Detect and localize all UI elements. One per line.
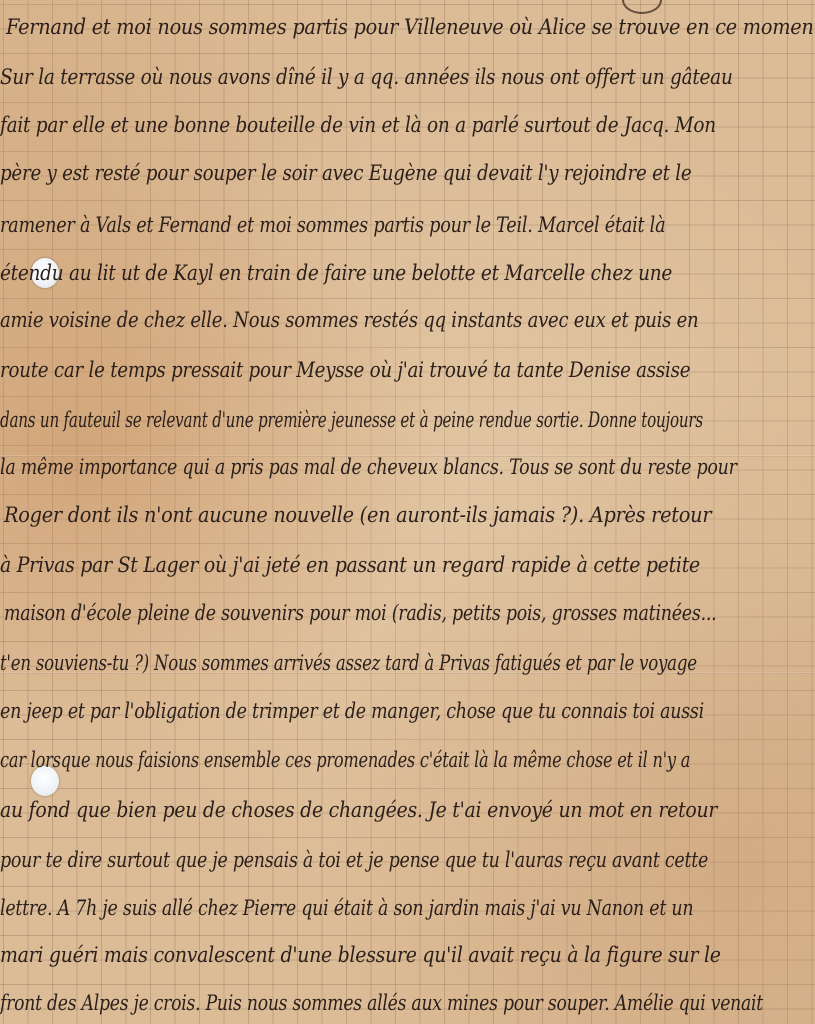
- letter-line-6: étendu au lit ut de Kayl en train de fai…: [0, 258, 672, 288]
- letter-line-17: au fond que bien peu de choses de changé…: [0, 795, 717, 825]
- letter-line-21: front des Alpes je crois. Puis nous somm…: [0, 988, 763, 1018]
- letter-line-8: route car le temps pressait pour Meysse …: [0, 355, 690, 385]
- letter-line-1: Fernand et moi nous sommes partis pour V…: [6, 12, 815, 42]
- letter-page: Fernand et moi nous sommes partis pour V…: [0, 0, 815, 1024]
- letter-line-14: t'en souviens-tu ?) Nous sommes arrivés …: [0, 648, 697, 678]
- letter-line-7: amie voisine de chez elle. Nous sommes r…: [0, 305, 698, 335]
- letter-line-20: mari guéri mais convalescent d'une bless…: [0, 940, 721, 970]
- letter-line-5: ramener à Vals et Fernand et moi sommes …: [0, 210, 665, 240]
- letter-line-11: Roger dont ils n'ont aucune nouvelle (en…: [4, 500, 711, 530]
- letter-line-3: fait par elle et une bonne bouteille de …: [0, 110, 716, 140]
- letter-line-16: car lorsque nous faisions ensemble ces p…: [0, 745, 690, 775]
- letter-line-9: dans un fauteuil se relevant d'une premi…: [0, 405, 703, 435]
- letter-line-12: à Privas par St Lager où j'ai jeté en pa…: [0, 550, 700, 580]
- letter-line-19: lettre. A 7h je suis allé chez Pierre qu…: [0, 893, 693, 923]
- letter-line-15: en jeep et par l'obligation de trimper e…: [0, 696, 704, 726]
- letter-line-2: Sur la terrasse où nous avons dîné il y …: [0, 62, 733, 92]
- letter-line-10: la même importance qui a pris pas mal de…: [0, 452, 737, 482]
- letter-line-18: pour te dire surtout que je pensais à to…: [0, 845, 708, 875]
- letter-line-13: maison d'école pleine de souvenirs pour …: [4, 598, 716, 628]
- letter-line-4: père y est resté pour souper le soir ave…: [0, 158, 691, 188]
